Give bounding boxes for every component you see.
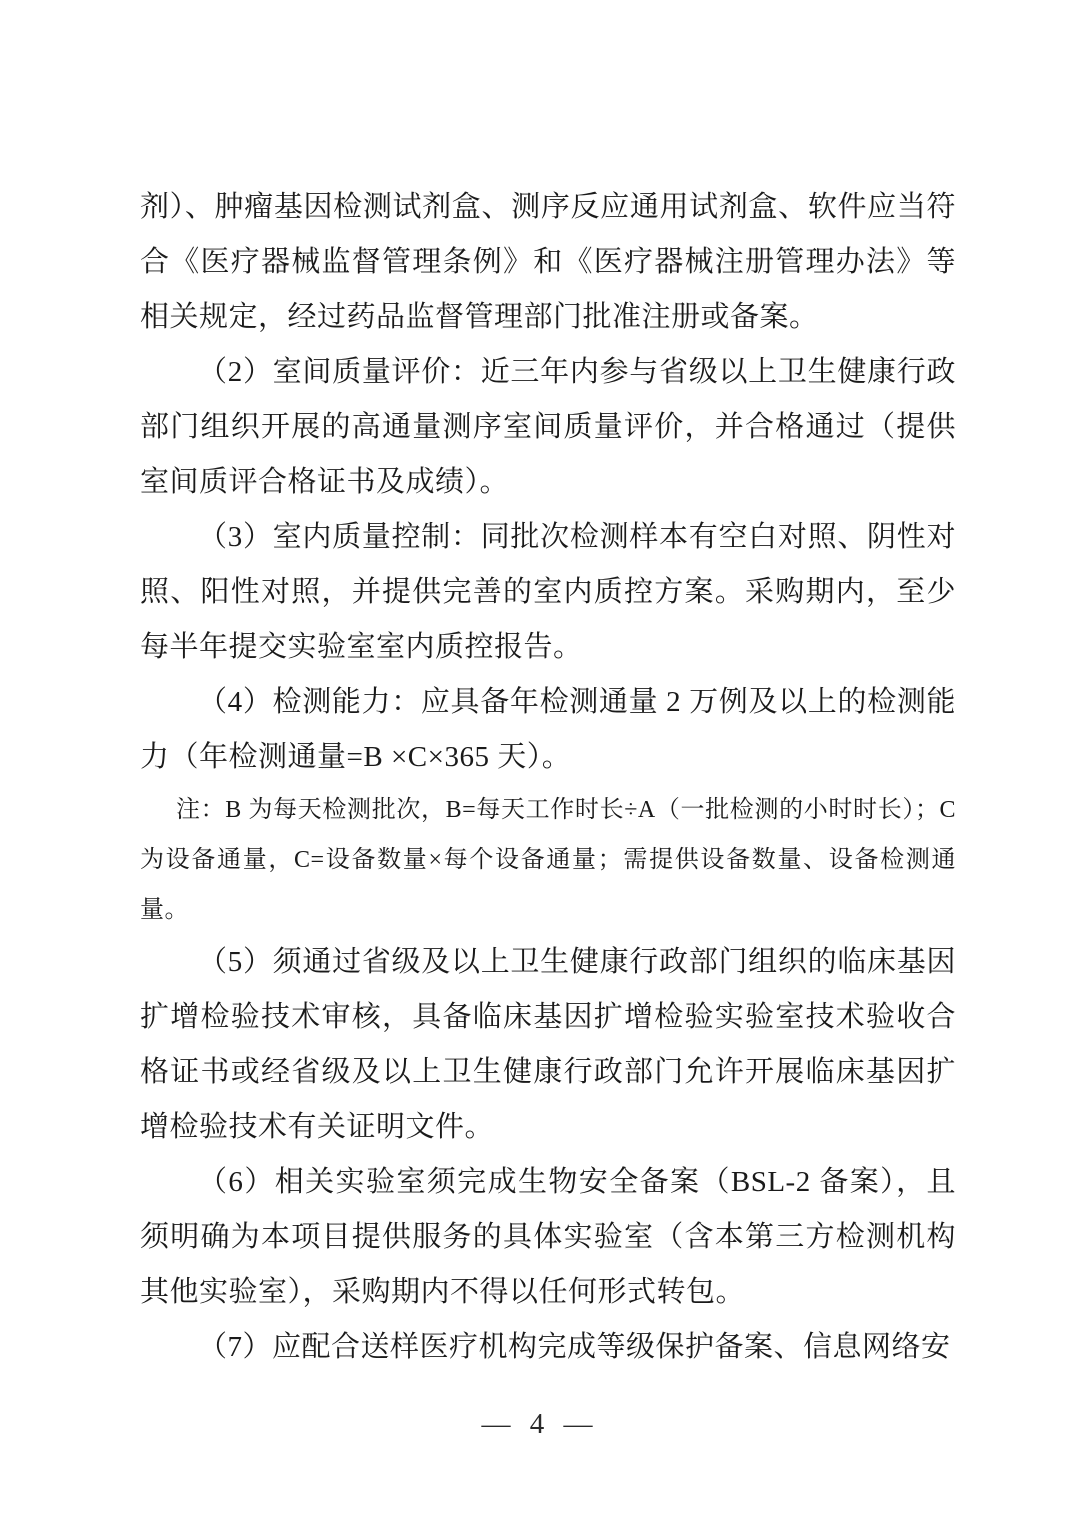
paragraph-continuation: 剂）、肿瘤基因检测试剂盒、测序反应通用试剂盒、软件应当符合《医疗器械监督管理条例… <box>140 180 956 345</box>
paragraph-item-5: （5）须通过省级及以上卫生健康行政部门组织的临床基因扩增检验技术审核，具备临床基… <box>140 935 956 1155</box>
paragraph-item-6: （6）相关实验室须完成生物安全备案（BSL-2 备案），且须明确为本项目提供服务… <box>140 1155 956 1320</box>
page-number: — 4 — <box>0 1408 1080 1441</box>
paragraph-note: 注：B 为每天检测批次，B=每天工作时长÷A（一批检测的小时时长）；C 为设备通… <box>140 785 956 935</box>
paragraph-item-2: （2）室间质量评价：近三年内参与省级以上卫生健康行政部门组织开展的高通量测序室间… <box>140 345 956 510</box>
paragraph-item-4: （4）检测能力：应具备年检测通量 2 万例及以上的检测能力（年检测通量=B ×C… <box>140 675 956 785</box>
paragraph-item-3: （3）室内质量控制：同批次检测样本有空白对照、阴性对照、阳性对照，并提供完善的室… <box>140 510 956 675</box>
paragraph-item-7: （7）应配合送样医疗机构完成等级保护备案、信息网络安 <box>140 1320 956 1375</box>
document-page: 剂）、肿瘤基因检测试剂盒、测序反应通用试剂盒、软件应当符合《医疗器械监督管理条例… <box>0 0 1080 1527</box>
document-content: 剂）、肿瘤基因检测试剂盒、测序反应通用试剂盒、软件应当符合《医疗器械监督管理条例… <box>140 180 956 1375</box>
